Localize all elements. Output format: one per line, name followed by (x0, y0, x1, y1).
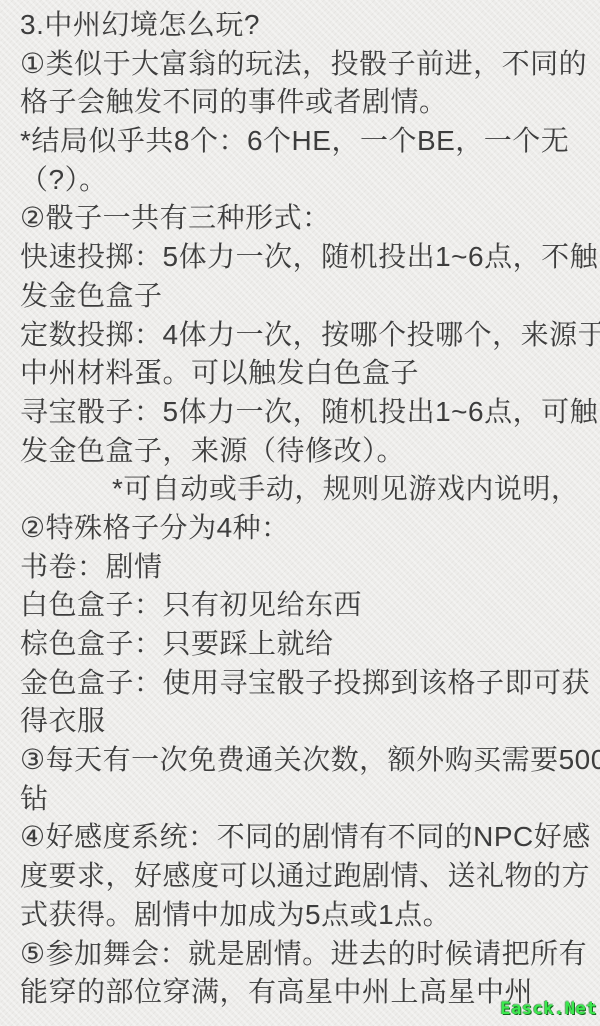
text-line: *可自动或手动，规则见游戏内说明， (112, 470, 600, 509)
text-line: ①类似于大富翁的玩法，投骰子前进，不同的 (20, 45, 600, 84)
text-line: 定数投掷：4体力一次，按哪个投哪个，来源于 (20, 316, 600, 355)
text-line: 金色盒子：使用寻宝骰子投掷到该格子即可获 (20, 664, 600, 703)
text-line: 发金色盒子，来源（待修改）。 (20, 432, 600, 471)
text-line: 中州材料蛋。可以触发白色盒子 (20, 354, 600, 393)
text-line: 棕色盒子：只要踩上就给 (20, 625, 600, 664)
text-line: ③每天有一次免费通关次数，额外购买需要500 (20, 741, 600, 780)
text-line: ④好感度系统：不同的剧情有不同的NPC好感 (20, 818, 600, 857)
text-line: 快速投掷：5体力一次，随机投出1~6点，不触 (20, 238, 600, 277)
text-line: 得衣服 (20, 702, 600, 741)
text-line: （?）。 (20, 161, 600, 200)
text-line: 钻 (20, 780, 600, 819)
text-line: ②骰子一共有三种形式： (20, 199, 600, 238)
text-line: *结局似乎共8个：6个HE，一个BE，一个无 (20, 122, 600, 161)
text-line: 3.中州幻境怎么玩? (20, 6, 600, 45)
text-line: 发金色盒子 (20, 277, 600, 316)
text-line: 寻宝骰子：5体力一次，随机投出1~6点，可触 (20, 393, 600, 432)
text-line: 白色盒子：只有初见给东西 (20, 586, 600, 625)
text-line: 书卷：剧情 (20, 548, 600, 587)
text-line: 格子会触发不同的事件或者剧情。 (20, 83, 600, 122)
watermark: Easck.Net (500, 999, 597, 1019)
text-line: ②特殊格子分为4种： (20, 509, 600, 548)
text-line: 式获得。剧情中加成为5点或1点。 (20, 896, 600, 935)
text-line: ⑤参加舞会：就是剧情。进去的时候请把所有 (20, 935, 600, 974)
note-text: 3.中州幻境怎么玩?①类似于大富翁的玩法，投骰子前进，不同的格子会触发不同的事件… (20, 6, 600, 1012)
text-line: 度要求，好感度可以通过跑剧情、送礼物的方 (20, 857, 600, 896)
